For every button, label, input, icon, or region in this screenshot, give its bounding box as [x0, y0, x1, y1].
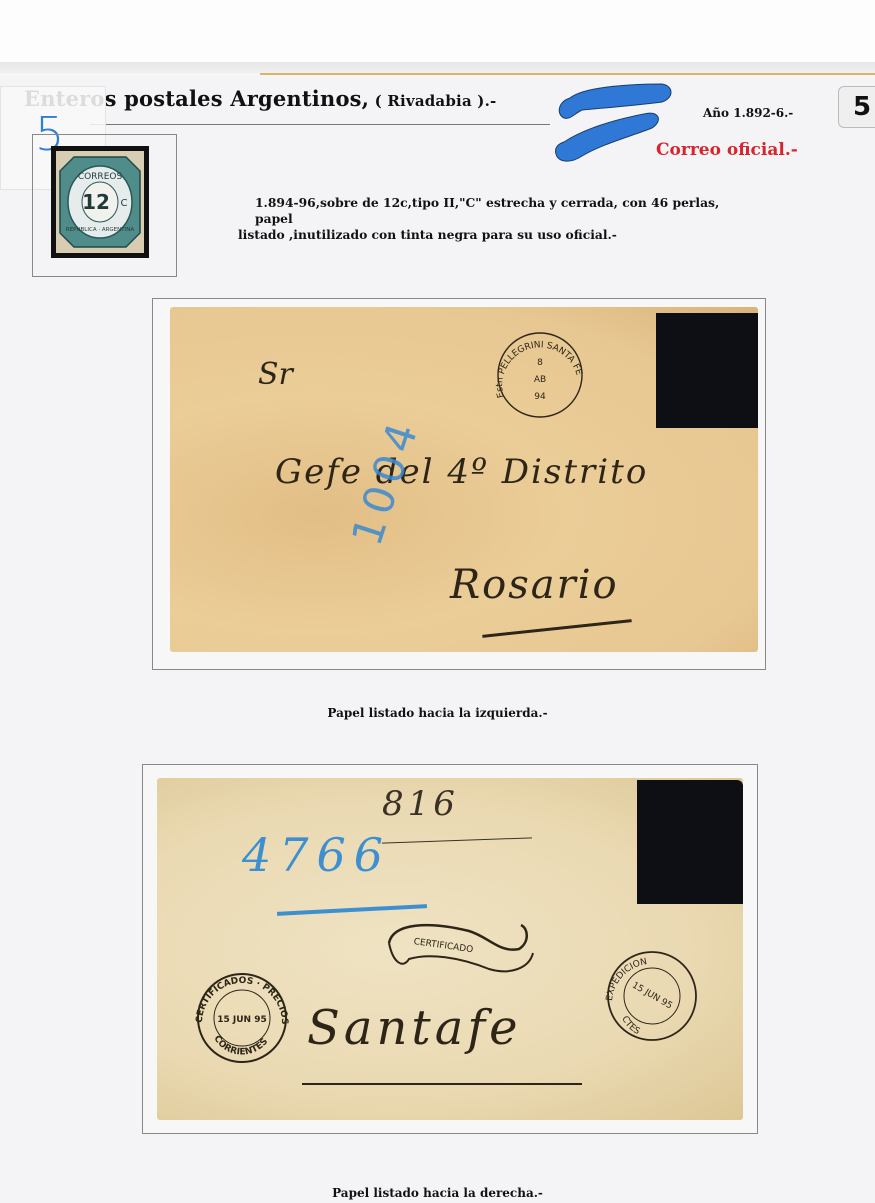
title-sub: ( Rivadabia ).-: [369, 92, 496, 110]
svg-text:C: C: [121, 198, 128, 209]
svg-text:Estn PELLEGRINI SANTA FE: Estn PELLEGRINI SANTA FE: [495, 340, 584, 399]
envelope-2-blue-number: 4766: [242, 828, 391, 882]
envelope-2-obliterated-indicium: [637, 780, 743, 904]
envelope-2-number-rule: [382, 837, 532, 843]
envelope-1-city-underline: [482, 619, 631, 638]
section-subtitle: Correo oficial.-: [656, 140, 798, 160]
envelope-1-obliterated-indicium: [656, 313, 758, 428]
svg-text:15 JUN 95: 15 JUN 95: [630, 981, 674, 1012]
envelope-2-city: Santafe: [307, 1000, 522, 1056]
envelope-1-addressee: Gefe del 4º Distrito: [275, 452, 648, 492]
svg-text:CERTIFICADO: CERTIFICADO: [413, 937, 474, 955]
envelope-2-caption: Papel listado hacia la derecha.-: [0, 1186, 875, 1200]
stamp-cutout: CORREOS 12 C REPUBLICA · ARGENTINA: [51, 146, 149, 258]
envelope-1-salutation: Sr: [258, 357, 293, 392]
svg-text:94: 94: [534, 392, 546, 402]
description-line-1: 1.894-96,sobre de 12c,tipo II,"C" estrec…: [238, 195, 758, 227]
envelope-1-postmark: Estn PELLEGRINI SANTA FE 8 AB 94: [490, 327, 590, 427]
envelope-1: Estn PELLEGRINI SANTA FE 8 AB 94 Sr Gefe…: [170, 307, 758, 652]
envelope-1-caption: Papel listado hacia la izquierda.-: [0, 706, 875, 720]
gold-border-line: [260, 73, 875, 75]
scan-background: [0, 0, 875, 64]
envelope-2-postmark-left: CERTIFICADOS · PRECIOS · RECLAMOS 15 JUN…: [192, 968, 292, 1068]
envelope-2: 816 4766 CERTIFICADO CERTIFICADOS · PREC…: [157, 778, 743, 1120]
stamp-design: CORREOS 12 C REPUBLICA · ARGENTINA: [56, 151, 144, 253]
svg-text:15 JUN 95: 15 JUN 95: [217, 1015, 267, 1025]
description-line-2: listado ,inutilizado con tinta negra par…: [238, 227, 758, 243]
envelope-2-certificado-cachet: CERTIFICADO: [379, 913, 539, 983]
envelope-2-city-underline: [302, 1083, 582, 1085]
title-underline: [90, 124, 550, 125]
envelope-2-registration-number: 816: [382, 784, 459, 824]
envelope-1-city: Rosario: [450, 562, 619, 608]
svg-text:8: 8: [537, 358, 543, 368]
description-text: 1.894-96,sobre de 12c,tipo II,"C" estrec…: [238, 195, 758, 243]
svg-text:CORREOS: CORREOS: [78, 172, 123, 182]
year-label: Año 1.892-6.-: [703, 106, 793, 120]
svg-text:REPUBLICA · ARGENTINA: REPUBLICA · ARGENTINA: [66, 227, 134, 233]
svg-text:AB: AB: [534, 375, 546, 385]
page-number-tab: 5: [838, 86, 875, 128]
envelope-2-postmark-right: EXPEDICION 15 JUN 95 CTES: [602, 946, 702, 1046]
svg-text:12: 12: [82, 190, 110, 214]
